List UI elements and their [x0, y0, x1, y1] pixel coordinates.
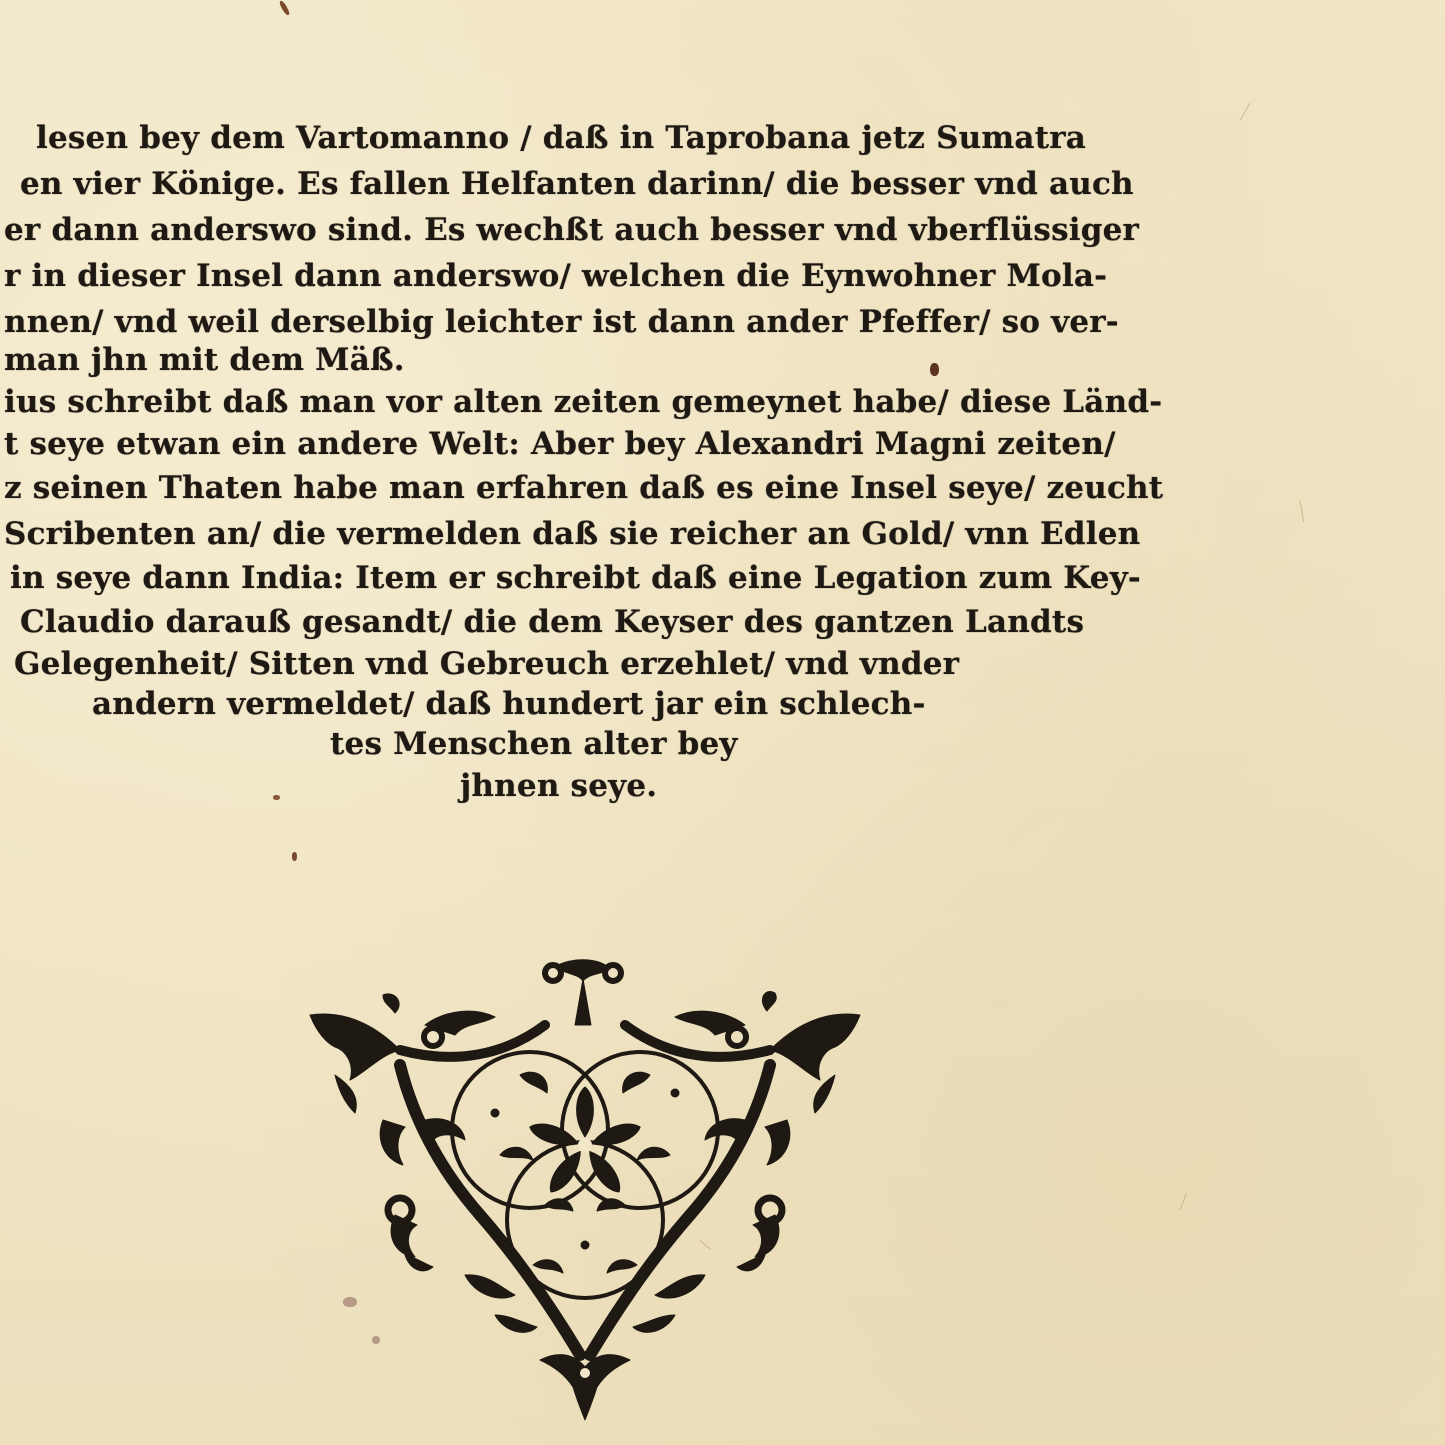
text-line: er dann anderswo sind. Es wechßt auch be… — [4, 210, 1139, 250]
paper-speck — [292, 852, 297, 861]
text-line: in seye dann India: Item er schreibt daß… — [10, 558, 1141, 598]
text-line: lesen bey dem Vartomanno / daß in Taprob… — [36, 118, 1086, 158]
text-line: andern vermeldet/ daß hundert jar ein sc… — [92, 684, 926, 724]
text-line: t seye etwan ein andere Welt: Aber bey A… — [4, 424, 1116, 464]
text-line: jhnen seye. — [460, 766, 657, 806]
text-line: man jhn mit dem Mäß. — [4, 340, 405, 380]
paper-speck — [930, 363, 939, 376]
text-line: en vier Könige. Es fallen Helfanten dari… — [20, 164, 1134, 204]
tailpiece-ornament — [305, 955, 865, 1425]
text-line: tes Menschen alter bey — [330, 724, 738, 764]
text-line: Claudio darauß gesandt/ die dem Keyser d… — [20, 602, 1084, 642]
text-line: Gelegenheit/ Sitten vnd Gebreuch erzehle… — [14, 644, 959, 684]
text-line: r in dieser Insel dann anderswo/ welchen… — [4, 256, 1107, 296]
paper-speck — [273, 795, 280, 800]
text-line: nnen/ vnd weil derselbig leichter ist da… — [4, 302, 1119, 342]
text-line: Scribenten an/ die vermelden daß sie rei… — [4, 514, 1140, 554]
text-line: ius schreibt daß man vor alten zeiten ge… — [4, 382, 1162, 422]
text-line: z seinen Thaten habe man erfahren daß es… — [4, 468, 1163, 508]
